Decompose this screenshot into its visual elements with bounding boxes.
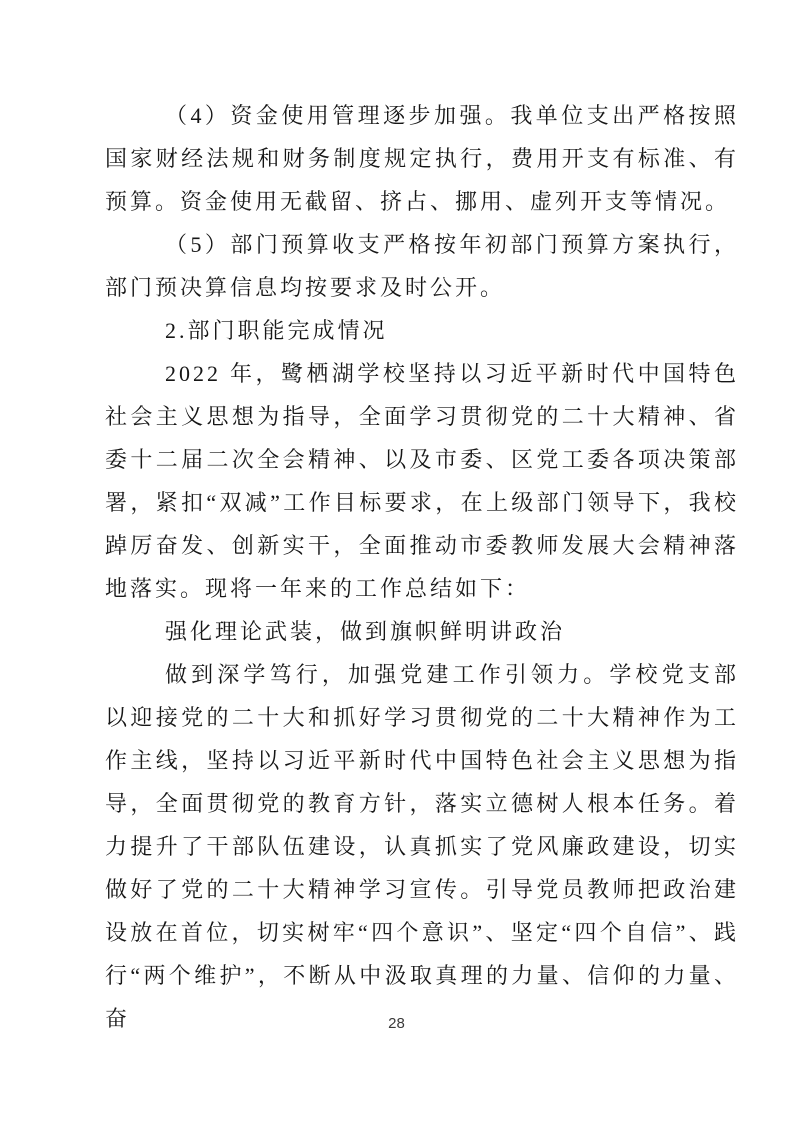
- paragraph-section-heading-duties-completion: 2.部门职能完成情况: [105, 309, 739, 352]
- paragraph-item-5-budget-execution: （5）部门预算收支严格按年初部门预算方案执行，部门预决算信息均按要求及时公开。: [105, 223, 739, 309]
- paragraph-party-building: 做到深学笃行，加强党建工作引领力。学校党支部以迎接党的二十大和抓好学习贯彻党的二…: [105, 653, 739, 1040]
- document-page: （4）资金使用管理逐步加强。我单位支出严格按照国家财经法规和财务制度规定执行，费…: [0, 0, 793, 1122]
- document-body: （4）资金使用管理逐步加强。我单位支出严格按照国家财经法规和财务制度规定执行，费…: [105, 94, 739, 1040]
- paragraph-item-4-funds-management: （4）资金使用管理逐步加强。我单位支出严格按照国家财经法规和财务制度规定执行，费…: [105, 94, 739, 223]
- page-number: 28: [0, 1015, 793, 1032]
- paragraph-year-summary-intro: 2022 年，鹭栖湖学校坚持以习近平新时代中国特色社会主义思想为指导，全面学习贯…: [105, 352, 739, 610]
- paragraph-subheading-theory-politics: 强化理论武装，做到旗帜鲜明讲政治: [105, 610, 739, 653]
